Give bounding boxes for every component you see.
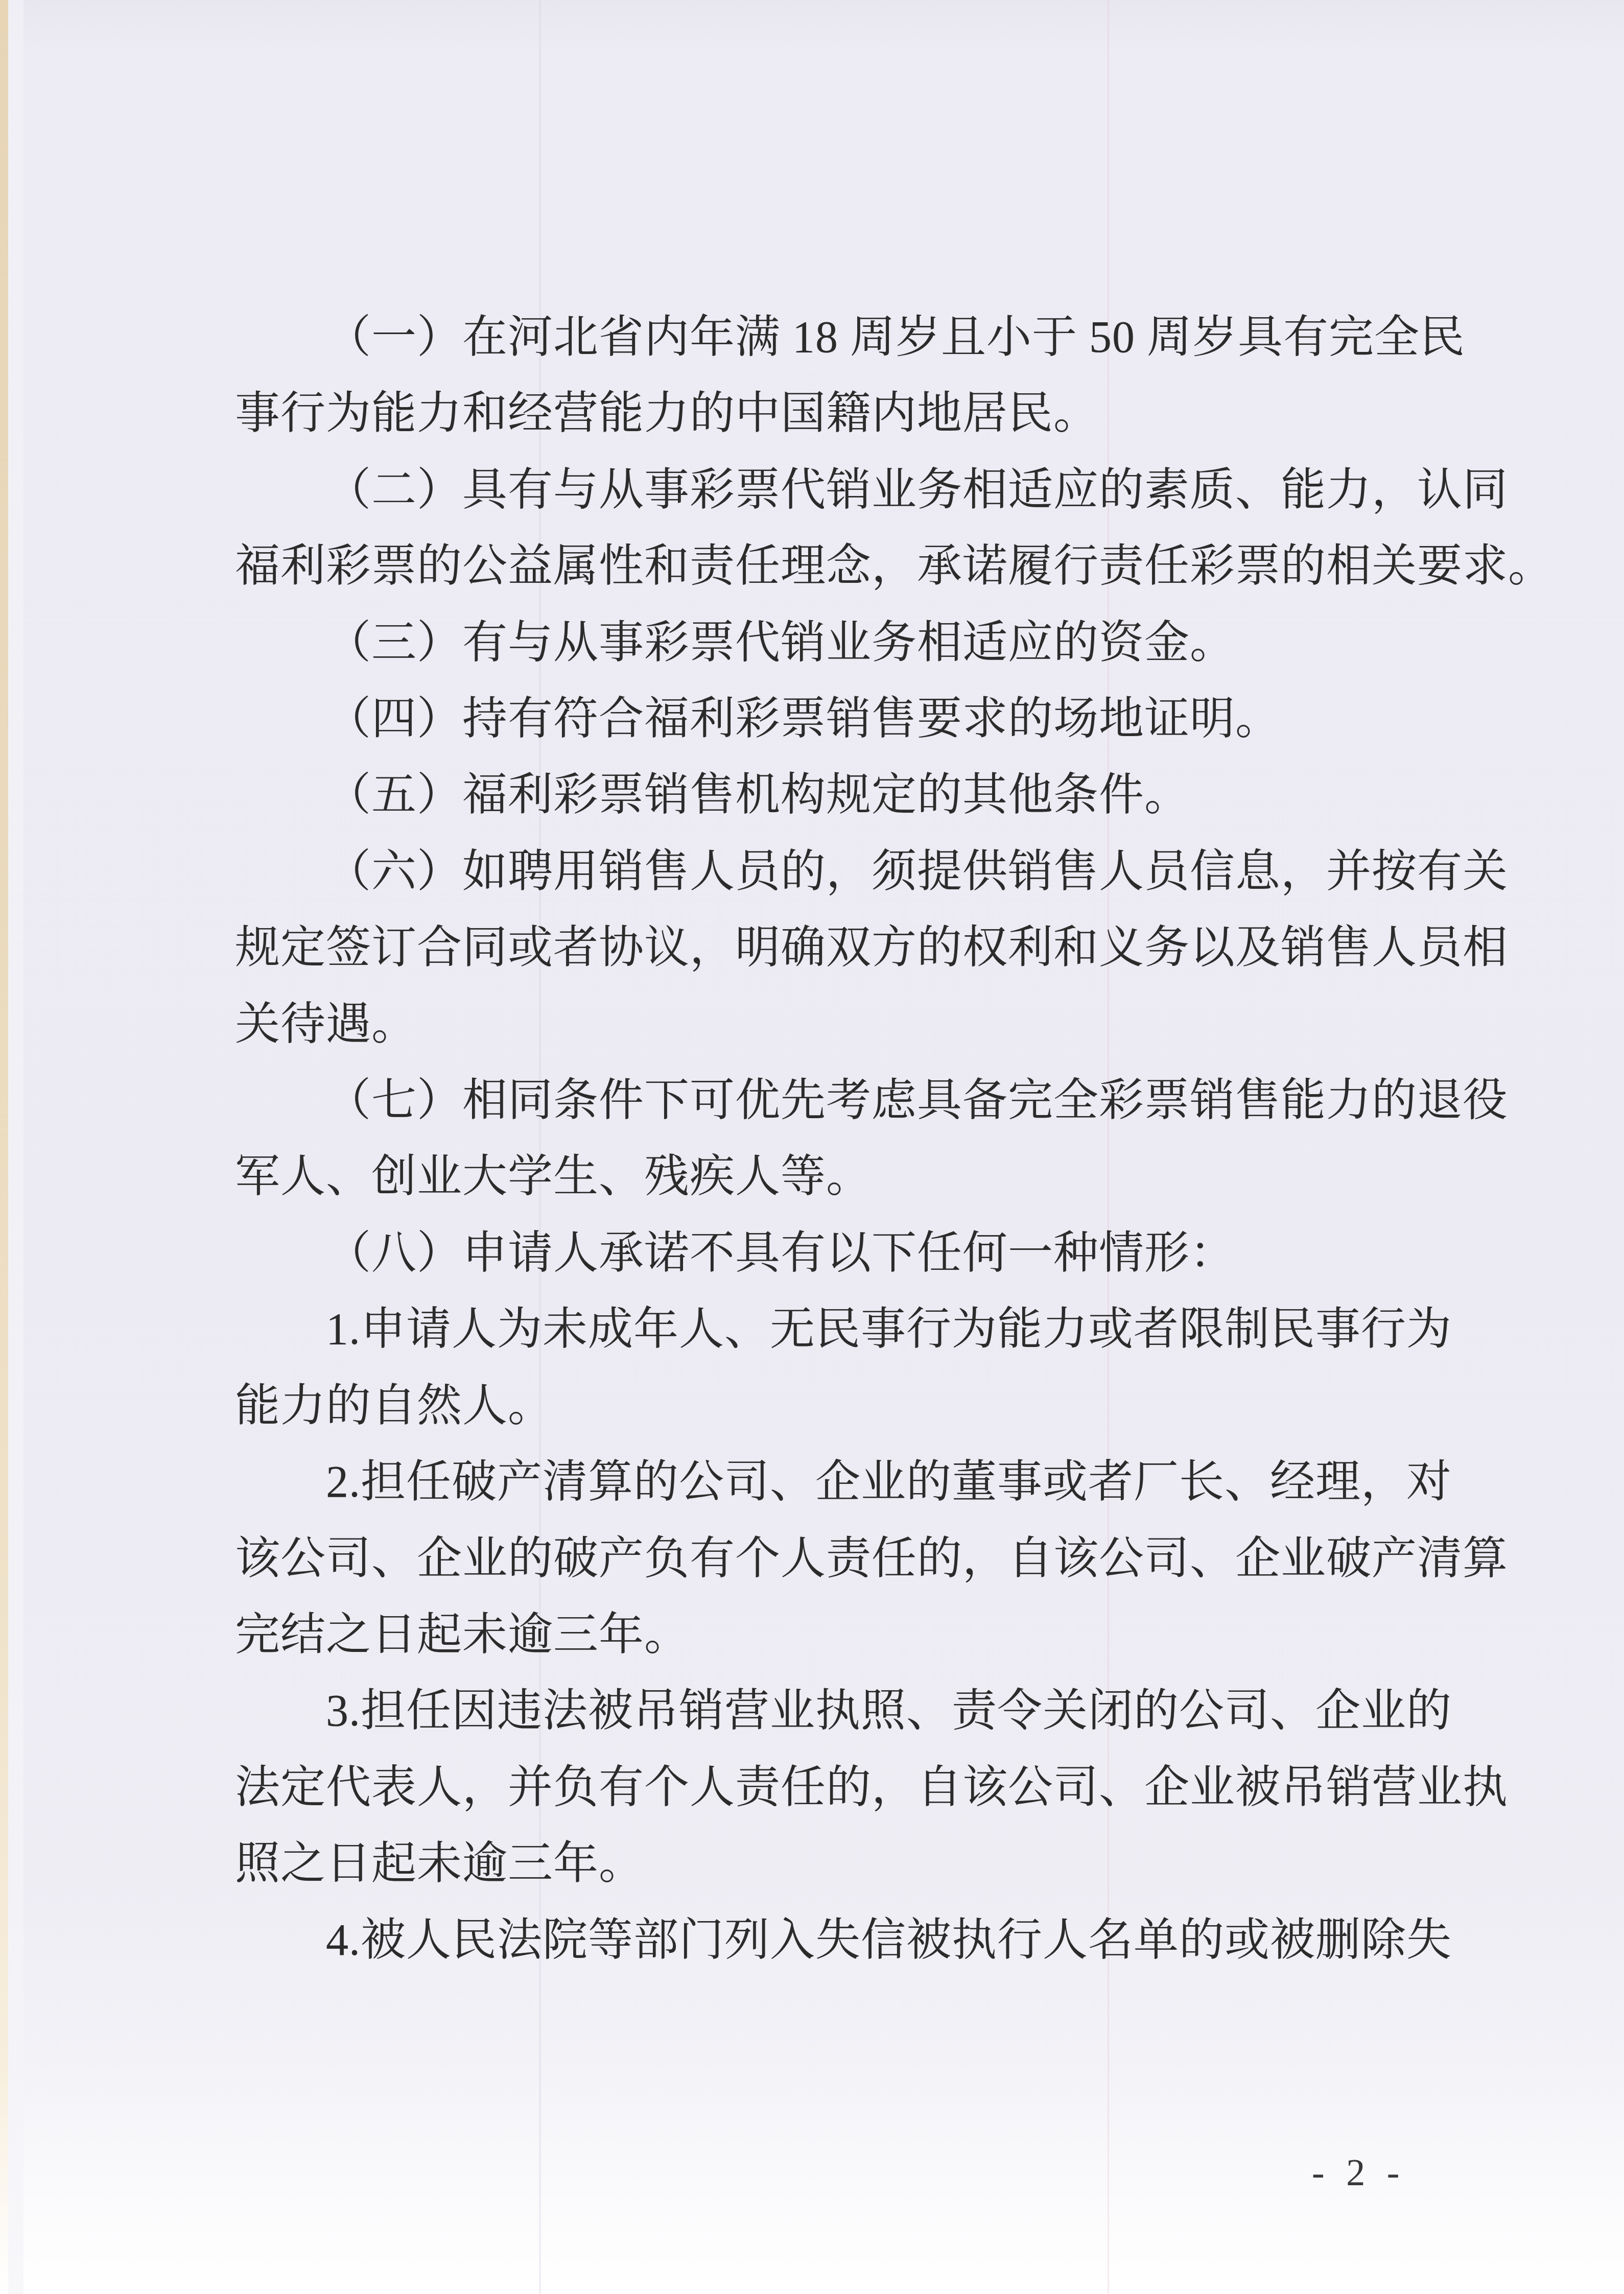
text-line: 能力的自然人。 <box>235 1368 1476 1444</box>
text-line: 2.担任破产清算的公司、企业的董事或者厂长、经理，对 <box>235 1444 1476 1520</box>
text-line: 规定签订合同或者协议，明确双方的权利和义务以及销售人员相 <box>235 910 1476 986</box>
text-line: 照之日起未逾三年。 <box>235 1826 1476 1902</box>
text-line: 4.被人民法院等部门列入失信被执行人名单的或被删除失 <box>235 1902 1476 1978</box>
text-line: 3.担任因违法被吊销营业执照、责令关闭的公司、企业的 <box>235 1673 1476 1749</box>
scan-paper-edge <box>0 0 8 2294</box>
document-page: （一）在河北省内年满 18 周岁且小于 50 周岁具有完全民事行为能力和经营能力… <box>0 0 1624 2294</box>
text-line: 1.申请人为未成年人、无民事行为能力或者限制民事行为 <box>235 1291 1476 1367</box>
text-line: （八）申请人承诺不具有以下任何一种情形： <box>235 1215 1476 1291</box>
text-line: （二）具有与从事彩票代销业务相适应的素质、能力，认同 <box>235 452 1476 528</box>
text-line: （四）持有符合福利彩票销售要求的场地证明。 <box>235 681 1476 757</box>
text-line: 该公司、企业的破产负有个人责任的，自该公司、企业破产清算 <box>235 1521 1476 1597</box>
scan-edge-gap <box>8 0 23 2294</box>
text-line: 事行为能力和经营能力的中国籍内地居民。 <box>235 375 1476 452</box>
text-line: 福利彩票的公益属性和责任理念，承诺履行责任彩票的相关要求。 <box>235 528 1476 604</box>
text-line: （六）如聘用销售人员的，须提供销售人员信息，并按有关 <box>235 834 1476 910</box>
text-line: （一）在河北省内年满 18 周岁且小于 50 周岁具有完全民 <box>235 299 1476 375</box>
document-text: （一）在河北省内年满 18 周岁且小于 50 周岁具有完全民事行为能力和经营能力… <box>235 299 1476 1978</box>
page-number: - 2 - <box>1312 2151 1405 2195</box>
text-line: 关待遇。 <box>235 986 1476 1062</box>
text-line: （五）福利彩票销售机构规定的其他条件。 <box>235 757 1476 833</box>
text-line: 完结之日起未逾三年。 <box>235 1597 1476 1673</box>
text-line: 军人、创业大学生、残疾人等。 <box>235 1139 1476 1215</box>
text-line: 法定代表人，并负有个人责任的，自该公司、企业被吊销营业执 <box>235 1749 1476 1826</box>
text-line: （七）相同条件下可优先考虑具备完全彩票销售能力的退役 <box>235 1062 1476 1139</box>
text-line: （三）有与从事彩票代销业务相适应的资金。 <box>235 605 1476 681</box>
